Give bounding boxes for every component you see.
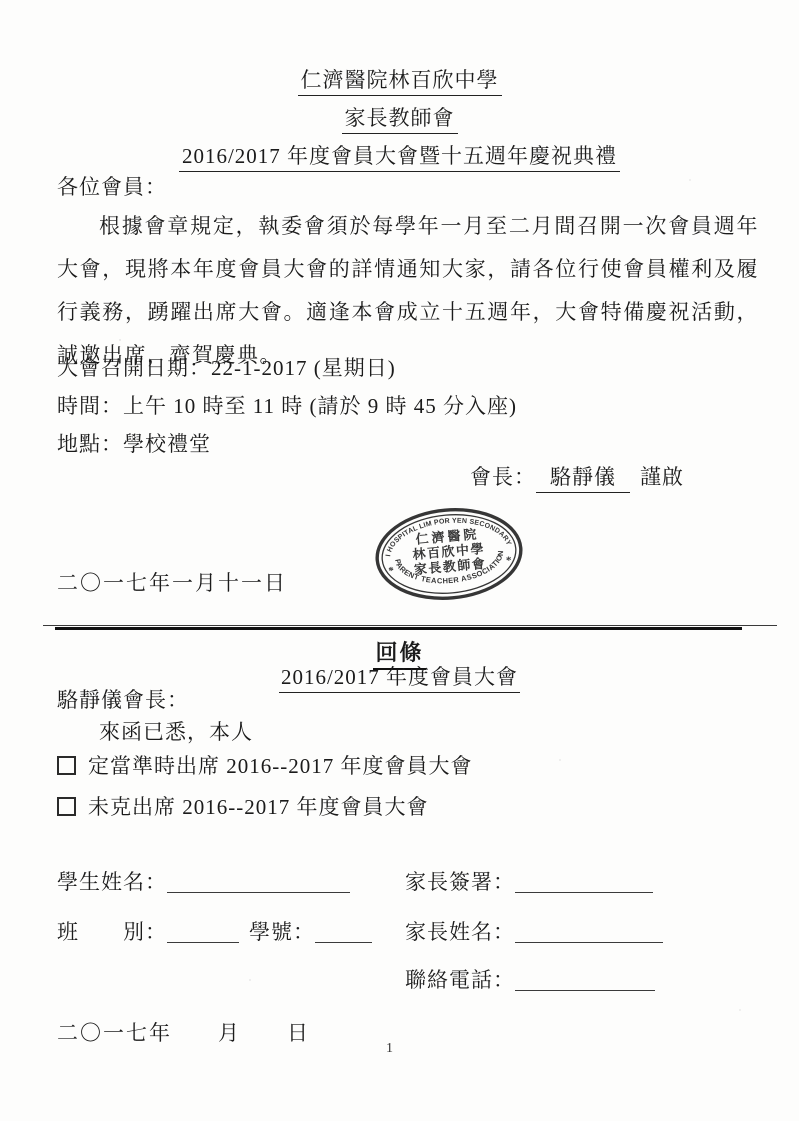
student-name-label: 學生姓名：	[57, 870, 167, 894]
reply-date-line: 二〇一七年 月 日	[57, 1017, 310, 1047]
chairman-signature-line: 會長：駱靜儀謹啟	[470, 461, 684, 493]
meeting-date-line: 大會召開日期：22-1-2017 (星期日)	[57, 352, 517, 390]
meeting-details: 大會召開日期：22-1-2017 (星期日) 時間：上午 10 時至 11 時 …	[57, 352, 517, 466]
chairman-name: 駱靜儀	[536, 461, 630, 493]
option-attend-row: 定當準時出席 2016--2017 年度會員大會	[57, 750, 473, 780]
letter-date: 二〇一七年一月十一日	[57, 567, 287, 597]
absent-checkbox	[57, 797, 76, 816]
absent-option-label: 未克出席 2016--2017 年度會員大會	[88, 791, 429, 821]
parent-name-row: 家長姓名：	[405, 916, 663, 946]
student-no-blank	[315, 921, 372, 943]
stamp-star-left: *	[388, 565, 395, 577]
option-absent-row: 未克出席 2016--2017 年度會員大會	[57, 791, 429, 821]
school-name-line: 仁濟醫院林百欣中學	[0, 64, 799, 96]
letter-head: 仁濟醫院林百欣中學 家長教師會 2016/2017 年度會員大會暨十五週年慶祝典…	[0, 64, 799, 178]
salutation: 各位會員：	[57, 171, 167, 201]
divider-thin-rule	[43, 625, 777, 626]
event-title: 2016/2017 年度會員大會暨十五週年慶祝典禮	[179, 140, 620, 172]
contact-phone-blank	[515, 969, 655, 991]
stamp-svg: YAN CHAI HOSPITAL LIM POR YEN SECONDARY …	[369, 501, 529, 608]
class-blank	[167, 921, 239, 943]
stamp-star-right: *	[506, 555, 513, 567]
parent-signature-row: 家長簽署：	[405, 866, 653, 896]
class-number-row: 班 別：學號：	[57, 916, 372, 946]
reply-slip-subheading: 2016/2017 年度會員大會	[279, 661, 520, 693]
association-name: 家長教師會	[342, 102, 458, 134]
student-name-blank	[167, 871, 350, 893]
student-no-label: 學號：	[249, 920, 315, 944]
divider-thick-rule	[55, 627, 742, 630]
association-line: 家長教師會	[0, 102, 799, 134]
class-label: 班 別：	[57, 920, 167, 944]
reply-intro: 來函已悉，本人	[99, 716, 253, 746]
school-name: 仁濟醫院林百欣中學	[298, 64, 502, 96]
signature-closing: 謹啟	[640, 465, 684, 489]
attend-option-label: 定當準時出席 2016--2017 年度會員大會	[88, 750, 473, 780]
pta-stamp-icon: YAN CHAI HOSPITAL LIM POR YEN SECONDARY …	[369, 501, 529, 608]
parent-name-blank	[515, 921, 663, 943]
attend-checkbox	[57, 756, 76, 775]
parent-signature-label: 家長簽署：	[405, 870, 515, 894]
parent-signature-blank	[515, 871, 653, 893]
contact-phone-row: 聯絡電話：	[405, 964, 655, 994]
contact-phone-label: 聯絡電話：	[405, 968, 515, 992]
event-title-line: 2016/2017 年度會員大會暨十五週年慶祝典禮	[0, 140, 799, 172]
parent-name-label: 家長姓名：	[405, 920, 515, 944]
student-name-row: 學生姓名：	[57, 866, 350, 896]
meeting-venue-line: 地點：學校禮堂	[57, 428, 517, 466]
page-number: 1	[386, 1041, 393, 1057]
scanned-letter-page: 仁濟醫院林百欣中學 家長教師會 2016/2017 年度會員大會暨十五週年慶祝典…	[0, 0, 799, 1121]
reply-addressee: 駱靜儀會長：	[57, 684, 189, 714]
chairman-label: 會長：	[470, 465, 536, 489]
meeting-time-line: 時間：上午 10 時至 11 時 (請於 9 時 45 分入座)	[57, 390, 517, 428]
